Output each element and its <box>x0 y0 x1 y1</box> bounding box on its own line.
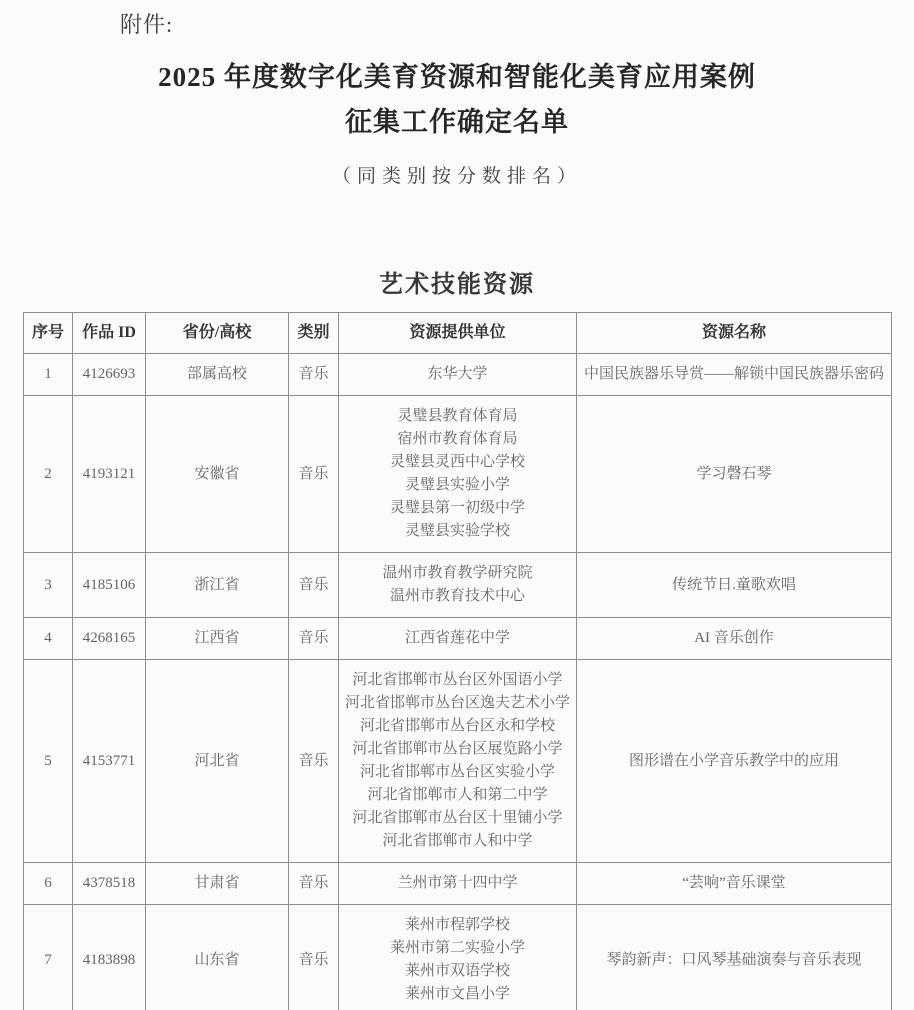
provider-line: 河北省邯郸市人和第二中学 <box>343 784 572 807</box>
section-title: 艺术技能资源 <box>0 264 914 299</box>
resource-name-cell: 学习磬石琴 <box>577 396 892 553</box>
providers-cell: 莱州市程郭学校莱州市第二实验小学莱州市双语学校莱州市文昌小学 <box>339 905 577 1010</box>
document-subtitle: （同类别按分数排名） <box>0 161 914 188</box>
table-row: 44268165江西省音乐江西省莲花中学AI 音乐创作 <box>24 618 892 660</box>
resource-name-cell: 中国民族器乐导赏——解锁中国民族器乐密码 <box>577 354 892 396</box>
header-no: 序号 <box>24 313 73 354</box>
category-cell: 音乐 <box>289 553 339 618</box>
provider-line: 莱州市文昌小学 <box>343 983 572 1006</box>
category-cell: 音乐 <box>289 905 339 1010</box>
table-row: 54153771河北省音乐河北省邯郸市丛台区外国语小学河北省邯郸市丛台区逸夫艺术… <box>24 660 892 863</box>
no-cell: 1 <box>24 354 73 396</box>
category-cell: 音乐 <box>289 660 339 863</box>
province-cell: 江西省 <box>146 618 289 660</box>
no-cell: 5 <box>24 660 73 863</box>
table-row: 14126693部属高校音乐东华大学中国民族器乐导赏——解锁中国民族器乐密码 <box>24 354 892 396</box>
resource-name-cell: AI 音乐创作 <box>577 618 892 660</box>
work-id-cell: 4193121 <box>73 396 146 553</box>
table-row: 34185106浙江省音乐温州市教育教学研究院温州市教育技术中心传统节日.童歌欢… <box>24 553 892 618</box>
provider-line: 灵璧县灵西中心学校 <box>343 451 572 474</box>
table-row: 24193121安徽省音乐灵璧县教育体育局宿州市教育体育局灵璧县灵西中心学校灵璧… <box>24 396 892 553</box>
provider-line: 温州市教育教学研究院 <box>343 562 572 585</box>
table-header: 序号 作品 ID 省份/高校 类别 资源提供单位 资源名称 <box>24 313 892 354</box>
header-category: 类别 <box>289 313 339 354</box>
provider-line: 河北省邯郸市丛台区逸夫艺术小学 <box>343 692 572 715</box>
header-resource-name: 资源名称 <box>577 313 892 354</box>
resource-name-cell: 琴韵新声：口风琴基础演奏与音乐表现 <box>577 905 892 1010</box>
no-cell: 6 <box>24 863 73 905</box>
no-cell: 7 <box>24 905 73 1010</box>
provider-line: 兰州市第十四中学 <box>343 872 572 895</box>
header-work-id: 作品 ID <box>73 313 146 354</box>
provider-line: 东华大学 <box>343 363 572 386</box>
document-title-line2: 征集工作确定名单 <box>0 100 914 145</box>
work-id-cell: 4153771 <box>73 660 146 863</box>
province-cell: 浙江省 <box>146 553 289 618</box>
providers-cell: 温州市教育教学研究院温州市教育技术中心 <box>339 553 577 618</box>
provider-line: 河北省邯郸市丛台区十里铺小学 <box>343 807 572 830</box>
category-cell: 音乐 <box>289 863 339 905</box>
provider-line: 河北省邯郸市丛台区永和学校 <box>343 715 572 738</box>
providers-cell: 东华大学 <box>339 354 577 396</box>
no-cell: 2 <box>24 396 73 553</box>
provider-line: 河北省邯郸市丛台区实验小学 <box>343 761 572 784</box>
document-page: 附件: 2025 年度数字化美育资源和智能化美育应用案例 征集工作确定名单 （同… <box>0 0 914 1010</box>
provider-line: 莱州市程郭学校 <box>343 914 572 937</box>
province-cell: 甘肃省 <box>146 863 289 905</box>
province-cell: 安徽省 <box>146 396 289 553</box>
work-id-cell: 4268165 <box>73 618 146 660</box>
provider-line: 河北省邯郸市人和中学 <box>343 830 572 853</box>
provider-line: 灵璧县第一初级中学 <box>343 497 572 520</box>
providers-cell: 江西省莲花中学 <box>339 618 577 660</box>
header-province: 省份/高校 <box>146 313 289 354</box>
category-cell: 音乐 <box>289 354 339 396</box>
work-id-cell: 4378518 <box>73 863 146 905</box>
provider-line: 灵璧县教育体育局 <box>343 405 572 428</box>
provider-line: 温州市教育技术中心 <box>343 585 572 608</box>
attachment-label: 附件: <box>0 0 914 39</box>
provider-line: 河北省邯郸市丛台区外国语小学 <box>343 669 572 692</box>
no-cell: 4 <box>24 618 73 660</box>
category-cell: 音乐 <box>289 618 339 660</box>
document-title-line1: 2025 年度数字化美育资源和智能化美育应用案例 <box>0 55 914 100</box>
province-cell: 部属高校 <box>146 354 289 396</box>
provider-line: 灵璧县实验学校 <box>343 520 572 543</box>
work-id-cell: 4183898 <box>73 905 146 1010</box>
provider-line: 河北省邯郸市丛台区展览路小学 <box>343 738 572 761</box>
provider-line: 莱州市双语学校 <box>343 960 572 983</box>
resource-table: 序号 作品 ID 省份/高校 类别 资源提供单位 资源名称 14126693部属… <box>23 312 892 1010</box>
category-cell: 音乐 <box>289 396 339 553</box>
resource-name-cell: 传统节日.童歌欢唱 <box>577 553 892 618</box>
table-row: 64378518甘肃省音乐兰州市第十四中学“芸响”音乐课堂 <box>24 863 892 905</box>
province-cell: 山东省 <box>146 905 289 1010</box>
provider-line: 灵璧县实验小学 <box>343 474 572 497</box>
table-header-row: 序号 作品 ID 省份/高校 类别 资源提供单位 资源名称 <box>24 313 892 354</box>
document-title: 2025 年度数字化美育资源和智能化美育应用案例 征集工作确定名单 <box>0 55 914 145</box>
resource-name-cell: “芸响”音乐课堂 <box>577 863 892 905</box>
work-id-cell: 4185106 <box>73 553 146 618</box>
provider-line: 莱州市第二实验小学 <box>343 937 572 960</box>
work-id-cell: 4126693 <box>73 354 146 396</box>
no-cell: 3 <box>24 553 73 618</box>
providers-cell: 灵璧县教育体育局宿州市教育体育局灵璧县灵西中心学校灵璧县实验小学灵璧县第一初级中… <box>339 396 577 553</box>
header-provider: 资源提供单位 <box>339 313 577 354</box>
provider-line: 江西省莲花中学 <box>343 627 572 650</box>
resource-name-cell: 图形谱在小学音乐教学中的应用 <box>577 660 892 863</box>
providers-cell: 兰州市第十四中学 <box>339 863 577 905</box>
providers-cell: 河北省邯郸市丛台区外国语小学河北省邯郸市丛台区逸夫艺术小学河北省邯郸市丛台区永和… <box>339 660 577 863</box>
province-cell: 河北省 <box>146 660 289 863</box>
table-row: 74183898山东省音乐莱州市程郭学校莱州市第二实验小学莱州市双语学校莱州市文… <box>24 905 892 1010</box>
table-body: 14126693部属高校音乐东华大学中国民族器乐导赏——解锁中国民族器乐密码24… <box>24 354 892 1010</box>
provider-line: 宿州市教育体育局 <box>343 428 572 451</box>
